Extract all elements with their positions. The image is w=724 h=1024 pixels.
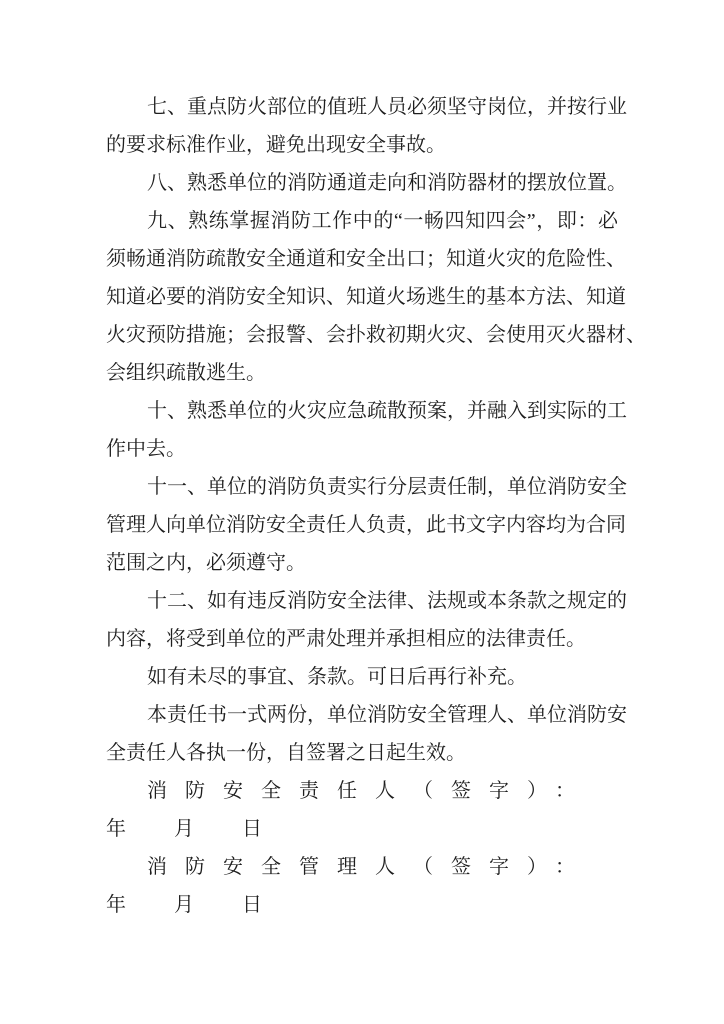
document-body: 七、重点防火部位的值班人员必须坚守岗位，并按行业的要求标准作业，避免出现安全事故… [106,88,618,924]
date-part: 年 [106,818,126,840]
signature-line: 消防安全管理人（签字）： [106,848,618,886]
text-line: 内容，将受到单位的严肃处理并承担相应的法律责任。 [106,620,618,658]
date-part: 月 [174,894,194,916]
text-line: 如有未尽的事宜、条款。可日后再行补充。 [106,658,618,696]
date-part: 日 [242,894,262,916]
text-line: 会组织疏散逃生。 [106,354,618,392]
date-part: 年 [106,894,126,916]
text-line: 知道必要的消防安全知识、知道火场逃生的基本方法、知道 [106,278,618,316]
text-line: 七、重点防火部位的值班人员必须坚守岗位，并按行业 [106,88,618,126]
document-page: 七、重点防火部位的值班人员必须坚守岗位，并按行业的要求标准作业，避免出现安全事故… [0,0,724,1024]
signature-line: 消防安全责任人（签字）： [106,772,618,810]
text-line: 管理人向单位消防安全责任人负责，此书文字内容均为合同 [106,506,618,544]
text-line: 本责任书一式两份，单位消防安全管理人、单位消防安 [106,696,618,734]
date-line: 年月日 [106,886,618,924]
text-line: 八、熟悉单位的消防通道走向和消防器材的摆放位置。 [106,164,618,202]
text-line: 火灾预防措施；会报警、会扑救初期火灾、会使用灭火器材、 [106,316,618,354]
text-line: 全责任人各执一份，自签署之日起生效。 [106,734,618,772]
text-line: 十、熟悉单位的火灾应急疏散预案，并融入到实际的工 [106,392,618,430]
date-line: 年月日 [106,810,618,848]
text-line: 十一、单位的消防负责实行分层责任制，单位消防安全 [106,468,618,506]
text-line: 的要求标准作业，避免出现安全事故。 [106,126,618,164]
date-part: 月 [174,818,194,840]
text-line: 须畅通消防疏散安全通道和安全出口；知道火灾的危险性、 [106,240,618,278]
text-line: 十二、如有违反消防安全法律、法规或本条款之规定的 [106,582,618,620]
date-part: 日 [242,818,262,840]
text-line: 范围之内，必须遵守。 [106,544,618,582]
text-line: 作中去。 [106,430,618,468]
text-line: 九、熟练掌握消防工作中的“一畅四知四会”，即：必 [106,202,618,240]
